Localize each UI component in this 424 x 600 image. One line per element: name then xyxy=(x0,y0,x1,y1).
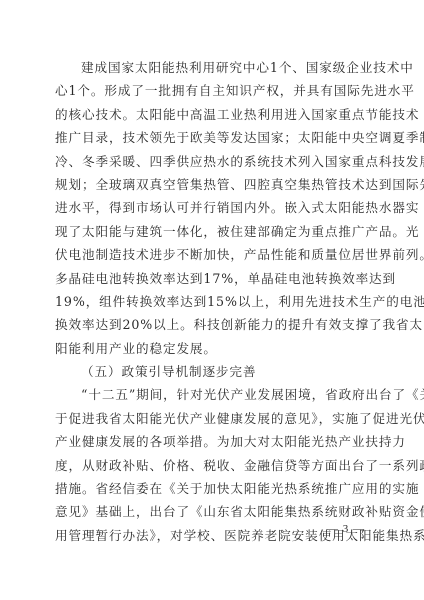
text-line: 心1个。形成了一批拥有自主知识产权，并具有国际先进水平 xyxy=(55,79,369,102)
text-line: 于促进我省太阳能光伏产业健康发展的意见》，实施了促进光伏 xyxy=(55,407,369,430)
text-line: 进水平，得到市场认可并行销国内外。嵌入式太阳能热水器实 xyxy=(55,196,369,219)
text-line: 19%，组件转换效率达到15%以上，利用先进技术生产的电池转 xyxy=(55,290,369,313)
text-line: 意见》基础上，出台了《山东省太阳能集热系统财政补贴资金使 xyxy=(55,500,369,523)
text-line: 产业健康发展的各项举措。为加大对太阳能光热产业扶持力 xyxy=(55,430,369,453)
page-number: — 3 — xyxy=(326,523,366,535)
text-line: 现了太阳能与建筑一体化，被住建部确定为重点推广产品。光 xyxy=(55,220,369,243)
text-line: 多晶硅电池转换效率达到17%，单晶硅电池转换效率达到 xyxy=(55,267,369,290)
text-line: 推广目录，技术领先于欧美等发达国家；太阳能中央空调夏季制 xyxy=(55,126,369,149)
section-heading: （五）政策引导机制逐步完善 xyxy=(55,360,369,383)
text-line: 换效率达到20%以上。科技创新能力的提升有效支撑了我省太 xyxy=(55,313,369,336)
text-line: 的核心技术。太阳能中高温工业热利用进入国家重点节能技术 xyxy=(55,103,369,126)
document-page: 建成国家太阳能热利用研究中心1个、国家级企业技术中 心1个。形成了一批拥有自主知… xyxy=(0,0,424,600)
body-text: 建成国家太阳能热利用研究中心1个、国家级企业技术中 心1个。形成了一批拥有自主知… xyxy=(55,56,369,547)
text-line: 规划；全玻璃双真空管集热管、四腔真空集热管技术达到国际先 xyxy=(55,173,369,196)
text-line: 阳能利用产业的稳定发展。 xyxy=(55,337,369,360)
text-line: 冷、冬季采暖、四季供应热水的系统技术列入国家重点科技发展 xyxy=(55,150,369,173)
text-line: 建成国家太阳能热利用研究中心1个、国家级企业技术中 xyxy=(55,56,369,79)
text-line: 用管理暂行办法》，对学校、医院养老院安装使用太阳能集热系 xyxy=(55,524,369,547)
text-line: “十二五”期间，针对光伏产业发展困境，省政府出台了《关 xyxy=(55,383,369,406)
text-line: 伏电池制造技术进步不断加快，产品性能和质量位居世界前列。 xyxy=(55,243,369,266)
text-line: 度，从财政补贴、价格、税收、金融信贷等方面出台了一系列政策 xyxy=(55,454,369,477)
text-line: 措施。省经信委在《关于加快太阳能光热系统推广应用的实施 xyxy=(55,477,369,500)
